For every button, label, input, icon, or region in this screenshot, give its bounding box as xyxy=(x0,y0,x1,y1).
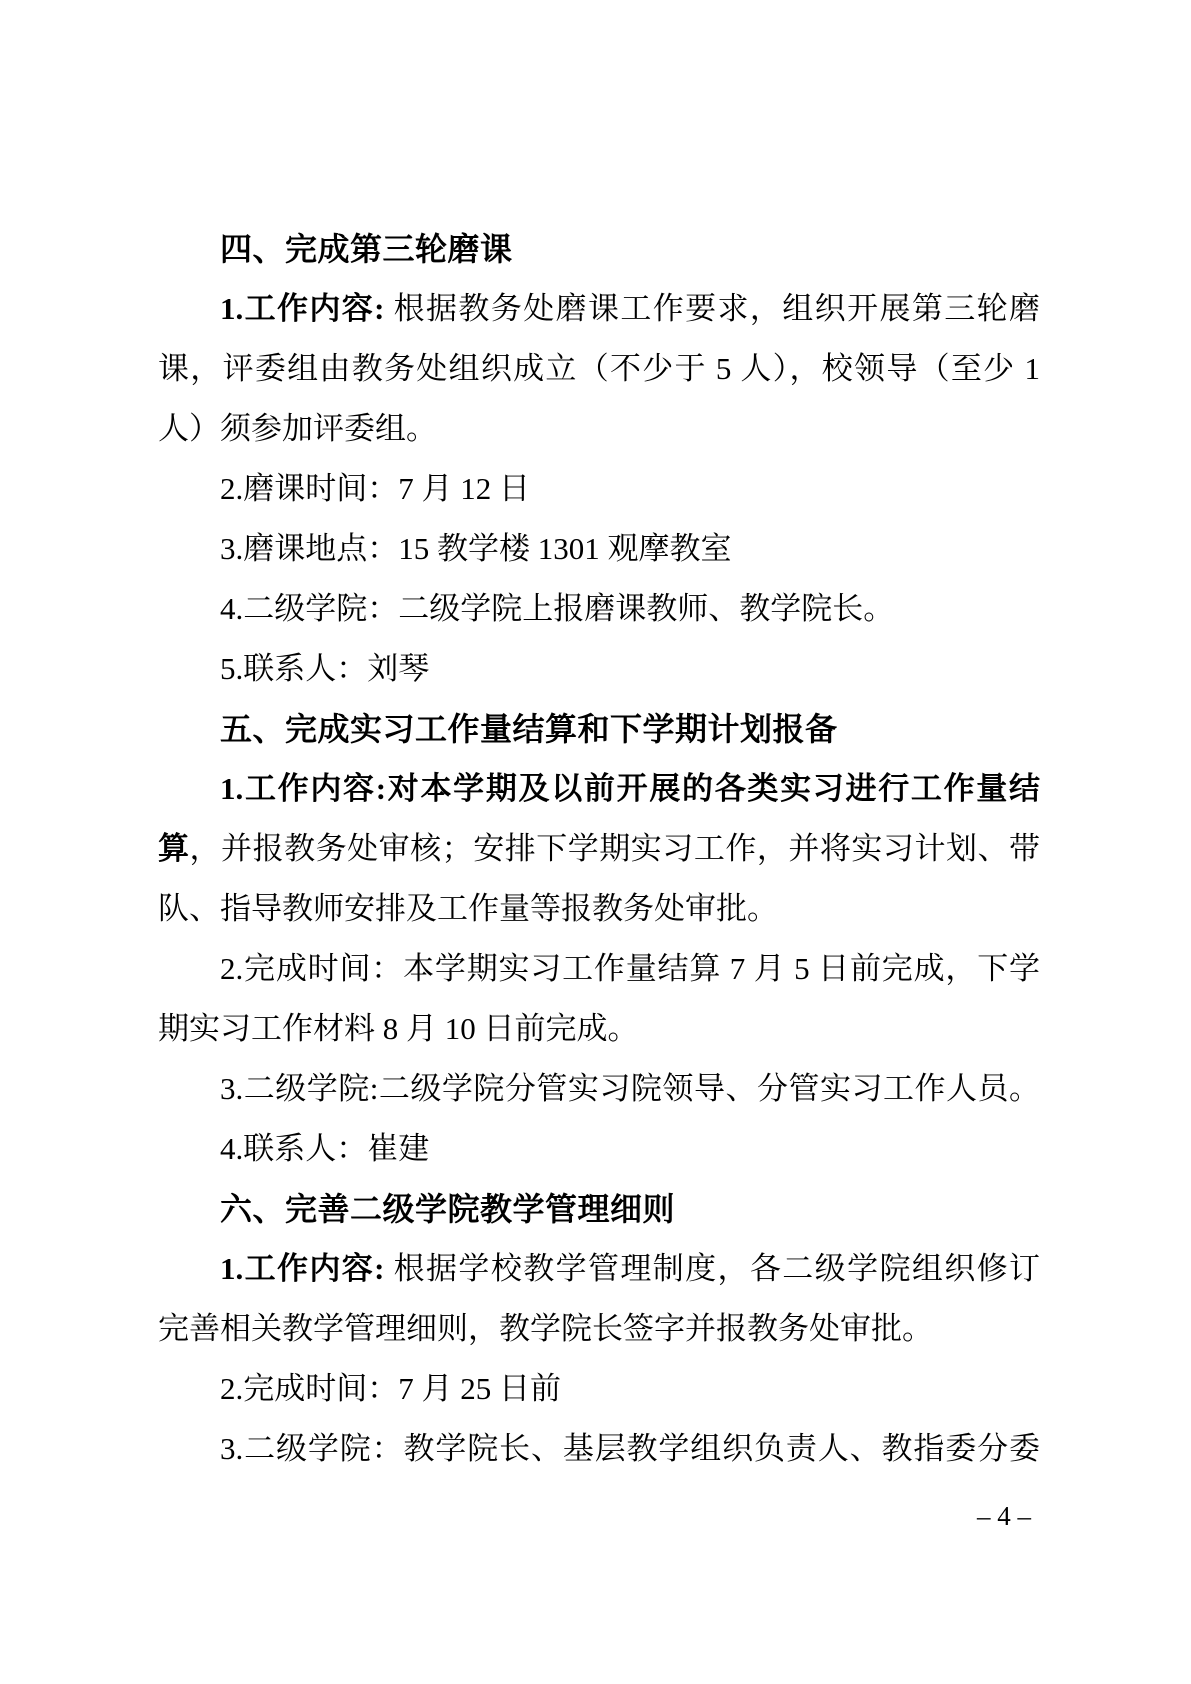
text-run: 课，评委组由教务处组织成立（不少于 5 人），校领导（至少 1 xyxy=(158,351,1040,386)
text-run-bold: 1.工作内容: xyxy=(220,1251,385,1286)
text-run: 2.完成时间：7 月 25 日前 xyxy=(220,1371,561,1406)
text-line: 3.二级学院:二级学院分管实习院领导、分管实习工作人员。 xyxy=(158,1059,1040,1119)
text-run: 5.联系人：刘琴 xyxy=(220,651,429,686)
text-run-bold: 1.工作内容:对本学期及以前开展的各类实习进行工作量结 xyxy=(220,771,1040,806)
text-line: 课，评委组由教务处组织成立（不少于 5 人），校领导（至少 1 xyxy=(158,339,1040,399)
text-line: 1.工作内容: 根据学校教学管理制度，各二级学院组织修订 xyxy=(158,1239,1040,1299)
text-line: 2.完成时间：本学期实习工作量结算 7 月 5 日前完成，下学 xyxy=(158,939,1040,999)
text-run: 队、指导教师安排及工作量等报教务处审批。 xyxy=(158,891,778,926)
text-line: 队、指导教师安排及工作量等报教务处审批。 xyxy=(158,879,1040,939)
text-run: 根据教务处磨课工作要求，组织开展第三轮磨 xyxy=(385,291,1041,326)
text-line: 5.联系人：刘琴 xyxy=(158,639,1040,699)
text-run: 完善相关教学管理细则，教学院长签字并报教务处审批。 xyxy=(158,1311,933,1346)
text-run: 3.二级学院:二级学院分管实习院领导、分管实习工作人员。 xyxy=(220,1071,1040,1106)
page-number: – 4 – xyxy=(948,1496,1060,1536)
text-run: 期实习工作材料 8 月 10 日前完成。 xyxy=(158,1011,639,1046)
text-run: 3.磨课地点：15 教学楼 1301 观摩教室 xyxy=(220,531,732,566)
section-heading: 五、完成实习工作量结算和下学期计划报备 xyxy=(158,699,1040,759)
text-line: 4.联系人：崔建 xyxy=(158,1119,1040,1179)
text-line: 算，并报教务处审核；安排下学期实习工作，并将实习计划、带 xyxy=(158,819,1040,879)
text-line: 期实习工作材料 8 月 10 日前完成。 xyxy=(158,999,1040,1059)
text-run: 3.二级学院：教学院长、基层教学组织负责人、教指委分委 xyxy=(220,1431,1040,1466)
text-line: 1.工作内容: 根据教务处磨课工作要求，组织开展第三轮磨 xyxy=(158,279,1040,339)
document-page: 四、完成第三轮磨课1.工作内容: 根据教务处磨课工作要求，组织开展第三轮磨课，评… xyxy=(0,0,1191,1684)
text-line: 人）须参加评委组。 xyxy=(158,399,1040,459)
text-run: 根据学校教学管理制度，各二级学院组织修订 xyxy=(385,1251,1041,1286)
text-run: 2.磨课时间：7 月 12 日 xyxy=(220,471,530,506)
text-line: 4.二级学院：二级学院上报磨课教师、教学院长。 xyxy=(158,579,1040,639)
text-line: 2.完成时间：7 月 25 日前 xyxy=(158,1359,1040,1419)
text-run-bold: 算 xyxy=(158,831,190,866)
text-run: 4.联系人：崔建 xyxy=(220,1131,429,1166)
text-line: 2.磨课时间：7 月 12 日 xyxy=(158,459,1040,519)
text-line: 完善相关教学管理细则，教学院长签字并报教务处审批。 xyxy=(158,1299,1040,1359)
text-line: 3.磨课地点：15 教学楼 1301 观摩教室 xyxy=(158,519,1040,579)
text-run: 人）须参加评委组。 xyxy=(158,411,437,446)
text-line: 1.工作内容:对本学期及以前开展的各类实习进行工作量结 xyxy=(158,759,1040,819)
section-heading: 六、完善二级学院教学管理细则 xyxy=(158,1179,1040,1239)
document-content: 四、完成第三轮磨课1.工作内容: 根据教务处磨课工作要求，组织开展第三轮磨课，评… xyxy=(158,219,1040,1479)
text-run: 2.完成时间：本学期实习工作量结算 7 月 5 日前完成，下学 xyxy=(220,951,1040,986)
text-run-bold: 1.工作内容: xyxy=(220,291,385,326)
text-run: ，并报教务处审核；安排下学期实习工作，并将实习计划、带 xyxy=(190,831,1040,866)
section-heading: 四、完成第三轮磨课 xyxy=(158,219,1040,279)
text-run: 4.二级学院：二级学院上报磨课教师、教学院长。 xyxy=(220,591,894,626)
text-line: 3.二级学院：教学院长、基层教学组织负责人、教指委分委 xyxy=(158,1419,1040,1479)
